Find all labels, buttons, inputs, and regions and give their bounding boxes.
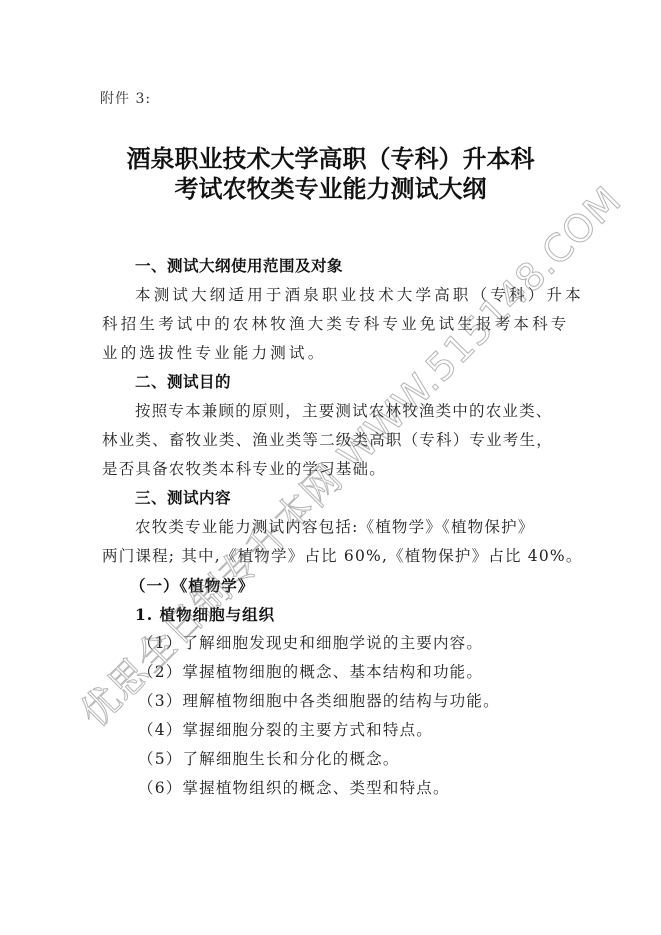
title-line-2: 考试农牧类专业能力测试大纲 — [0, 174, 661, 204]
document-page: 附件 3: 酒泉职业技术大学高职（专科）升本科 考试农牧类专业能力测试大纲 一、… — [0, 0, 661, 935]
paragraph-line: 是否具备农牧类本科专业的学习基础。 — [102, 455, 572, 484]
list-item: （1）了解细胞发现史和细胞学说的主要内容。 — [102, 629, 572, 658]
document-title: 酒泉职业技术大学高职（专科）升本科 考试农牧类专业能力测试大纲 — [0, 144, 661, 204]
paragraph-line: 科招生考试中的农林牧渔大类专科专业免试生报考本科专 — [102, 310, 572, 339]
list-item: （4）掌握细胞分裂的主要方式和特点。 — [102, 716, 572, 745]
list-item: （6）掌握植物组织的概念、类型和特点。 — [102, 774, 572, 803]
topic-heading-cells-tissues: 1. 植物细胞与组织 — [102, 600, 572, 629]
document-body: 一、测试大纲使用范围及对象 本测试大纲适用于酒泉职业技术大学高职（专科）升本 科… — [102, 252, 572, 803]
list-item: （2）掌握植物细胞的概念、基本结构和功能。 — [102, 658, 572, 687]
section-heading-content: 三、测试内容 — [102, 484, 572, 513]
list-item: （5）了解细胞生长和分化的概念。 — [102, 745, 572, 774]
section-heading-purpose: 二、测试目的 — [102, 368, 572, 397]
paragraph-line: 业的选拔性专业能力测试。 — [102, 339, 572, 368]
list-item: （3）理解植物细胞中各类细胞器的结构与功能。 — [102, 687, 572, 716]
subsection-heading-botany: （一）《植物学》 — [102, 571, 572, 600]
paragraph-line: 林业类、畜牧业类、渔业类等二级类高职（专科）专业考生， — [102, 426, 572, 455]
title-line-1: 酒泉职业技术大学高职（专科）升本科 — [0, 144, 661, 174]
paragraph-line: 两门课程; 其中,《植物学》占比 60%,《植物保护》占比 40%。 — [102, 542, 572, 571]
paragraph-line: 农牧类专业能力测试内容包括:《植物学》《植物保护》 — [102, 513, 572, 542]
paragraph-line: 本测试大纲适用于酒泉职业技术大学高职（专科）升本 — [102, 281, 572, 310]
section-heading-scope: 一、测试大纲使用范围及对象 — [102, 252, 572, 281]
attachment-label: 附件 3: — [100, 88, 151, 108]
paragraph-line: 按照专本兼顾的原则，主要测试农林牧渔类中的农业类、 — [102, 397, 572, 426]
